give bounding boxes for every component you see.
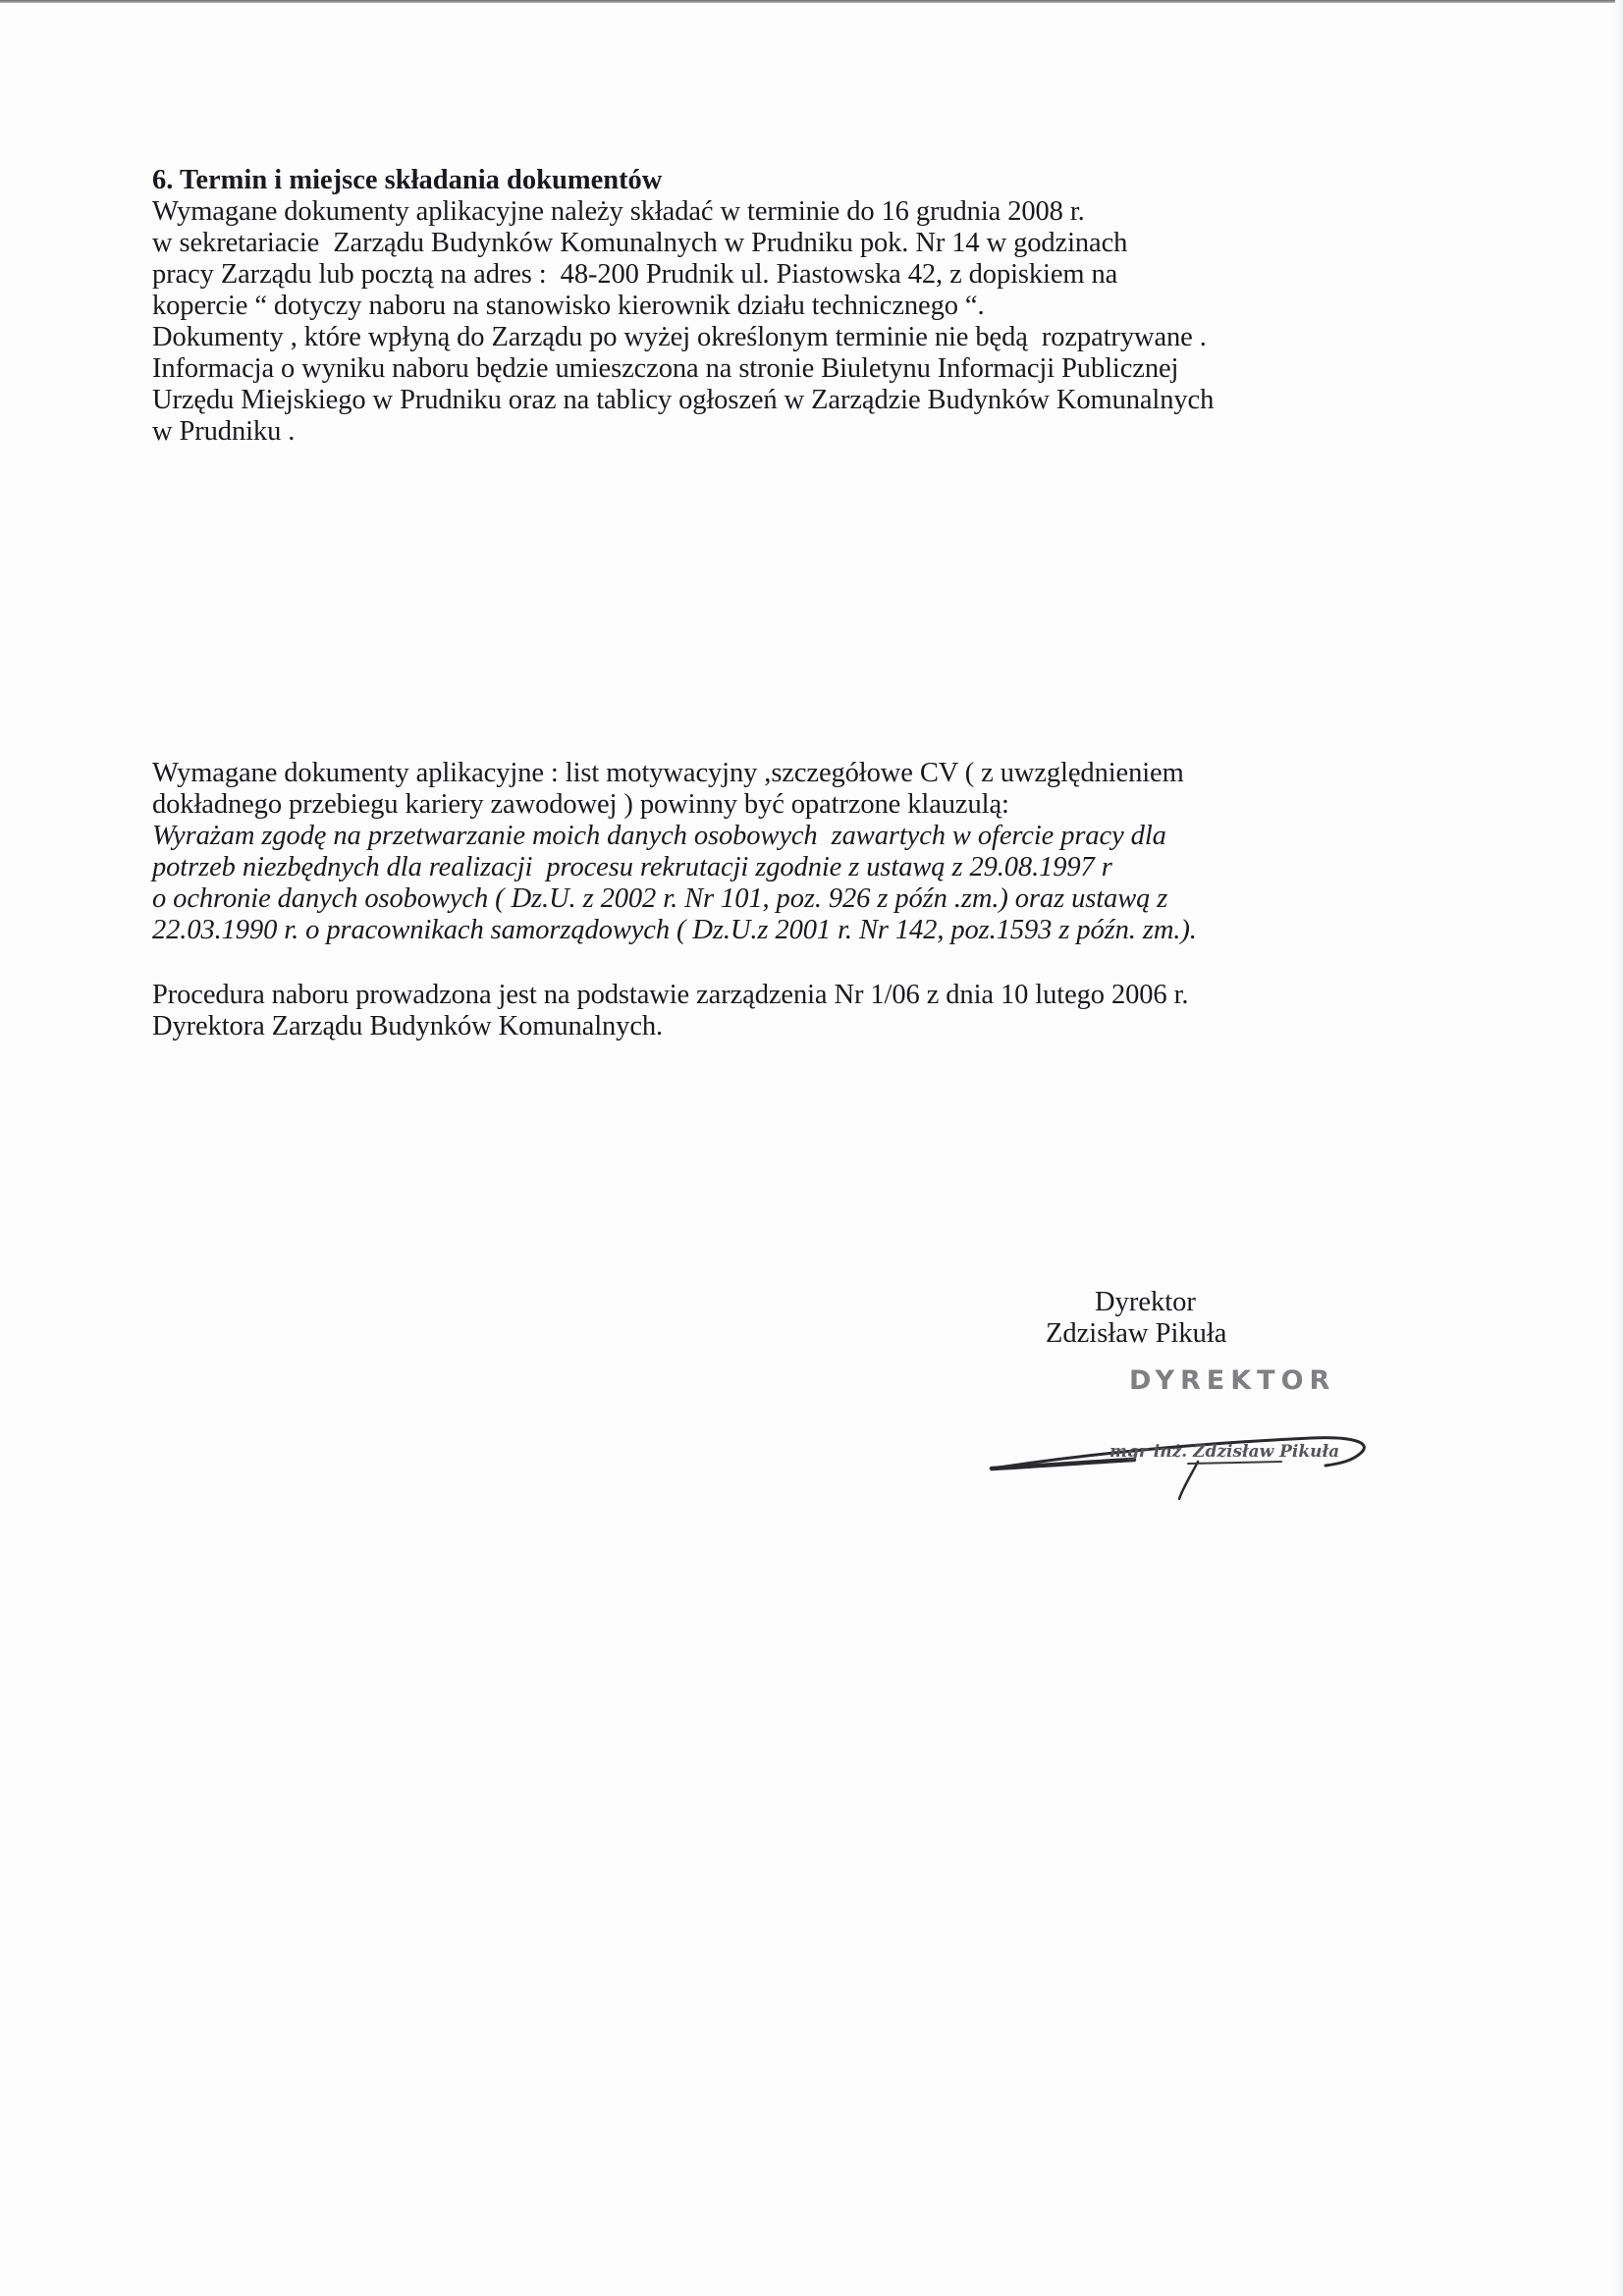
paragraph-line: Wymagane dokumenty aplikacyjne należy sk… [152, 196, 1214, 228]
paragraph-line: w sekretariacie Zarządu Budynków Komunal… [152, 228, 1214, 259]
title-stamp: DYREKTOR [1129, 1365, 1335, 1396]
paragraph-line: dokładnego przebiegu kariery zawodowej )… [152, 789, 1197, 821]
consent-clause-line: potrzeb niezbędnych dla realizacji proce… [152, 852, 1197, 883]
consent-clause-line: Wyrażam zgodę na przetwarzanie moich dan… [152, 821, 1197, 852]
paragraph-line: Informacja o wyniku naboru będzie umiesz… [152, 353, 1214, 385]
paragraph-line: Wymagane dokumenty aplikacyjne : list mo… [152, 758, 1197, 789]
section-procedure: Procedura naboru prowadzona jest na pods… [152, 980, 1188, 1042]
section-required-documents: Wymagane dokumenty aplikacyjne : list mo… [152, 758, 1197, 946]
paragraph-line: w Prudniku . [152, 416, 1214, 448]
paragraph-line: Urzędu Miejskiego w Prudniku oraz na tab… [152, 385, 1214, 416]
paragraph-line: Procedura naboru prowadzona jest na pods… [152, 980, 1188, 1011]
paragraph-line: pracy Zarządu lub pocztą na adres : 48-2… [152, 259, 1214, 291]
signatory-title: Dyrektor [1016, 1287, 1409, 1318]
scan-top-edge [0, 0, 1615, 3]
paragraph-line: Dyrektora Zarządu Budynków Komunalnych. [152, 1011, 1188, 1042]
section-heading: 6. Termin i miejsce składania dokumentów [152, 165, 1214, 196]
consent-clause-line: o ochronie danych osobowych ( Dz.U. z 20… [152, 883, 1197, 915]
name-stamp: mgr inż. Zdzisław Pikuła [1109, 1442, 1339, 1462]
paragraph-line: Dokumenty , które wpłyną do Zarządu po w… [152, 322, 1214, 353]
signature-block: Dyrektor Zdzisław Pikuła DYREKTOR mgr in… [1016, 1287, 1409, 1350]
paragraph-line: kopercie “ dotyczy naboru na stanowisko … [152, 291, 1214, 322]
signatory-name: Zdzisław Pikuła [1016, 1318, 1409, 1350]
section-deadline: 6. Termin i miejsce składania dokumentów… [152, 165, 1214, 448]
consent-clause-line: 22.03.1990 r. o pracownikach samorządowy… [152, 915, 1197, 946]
scan-right-edge [1615, 0, 1623, 2296]
